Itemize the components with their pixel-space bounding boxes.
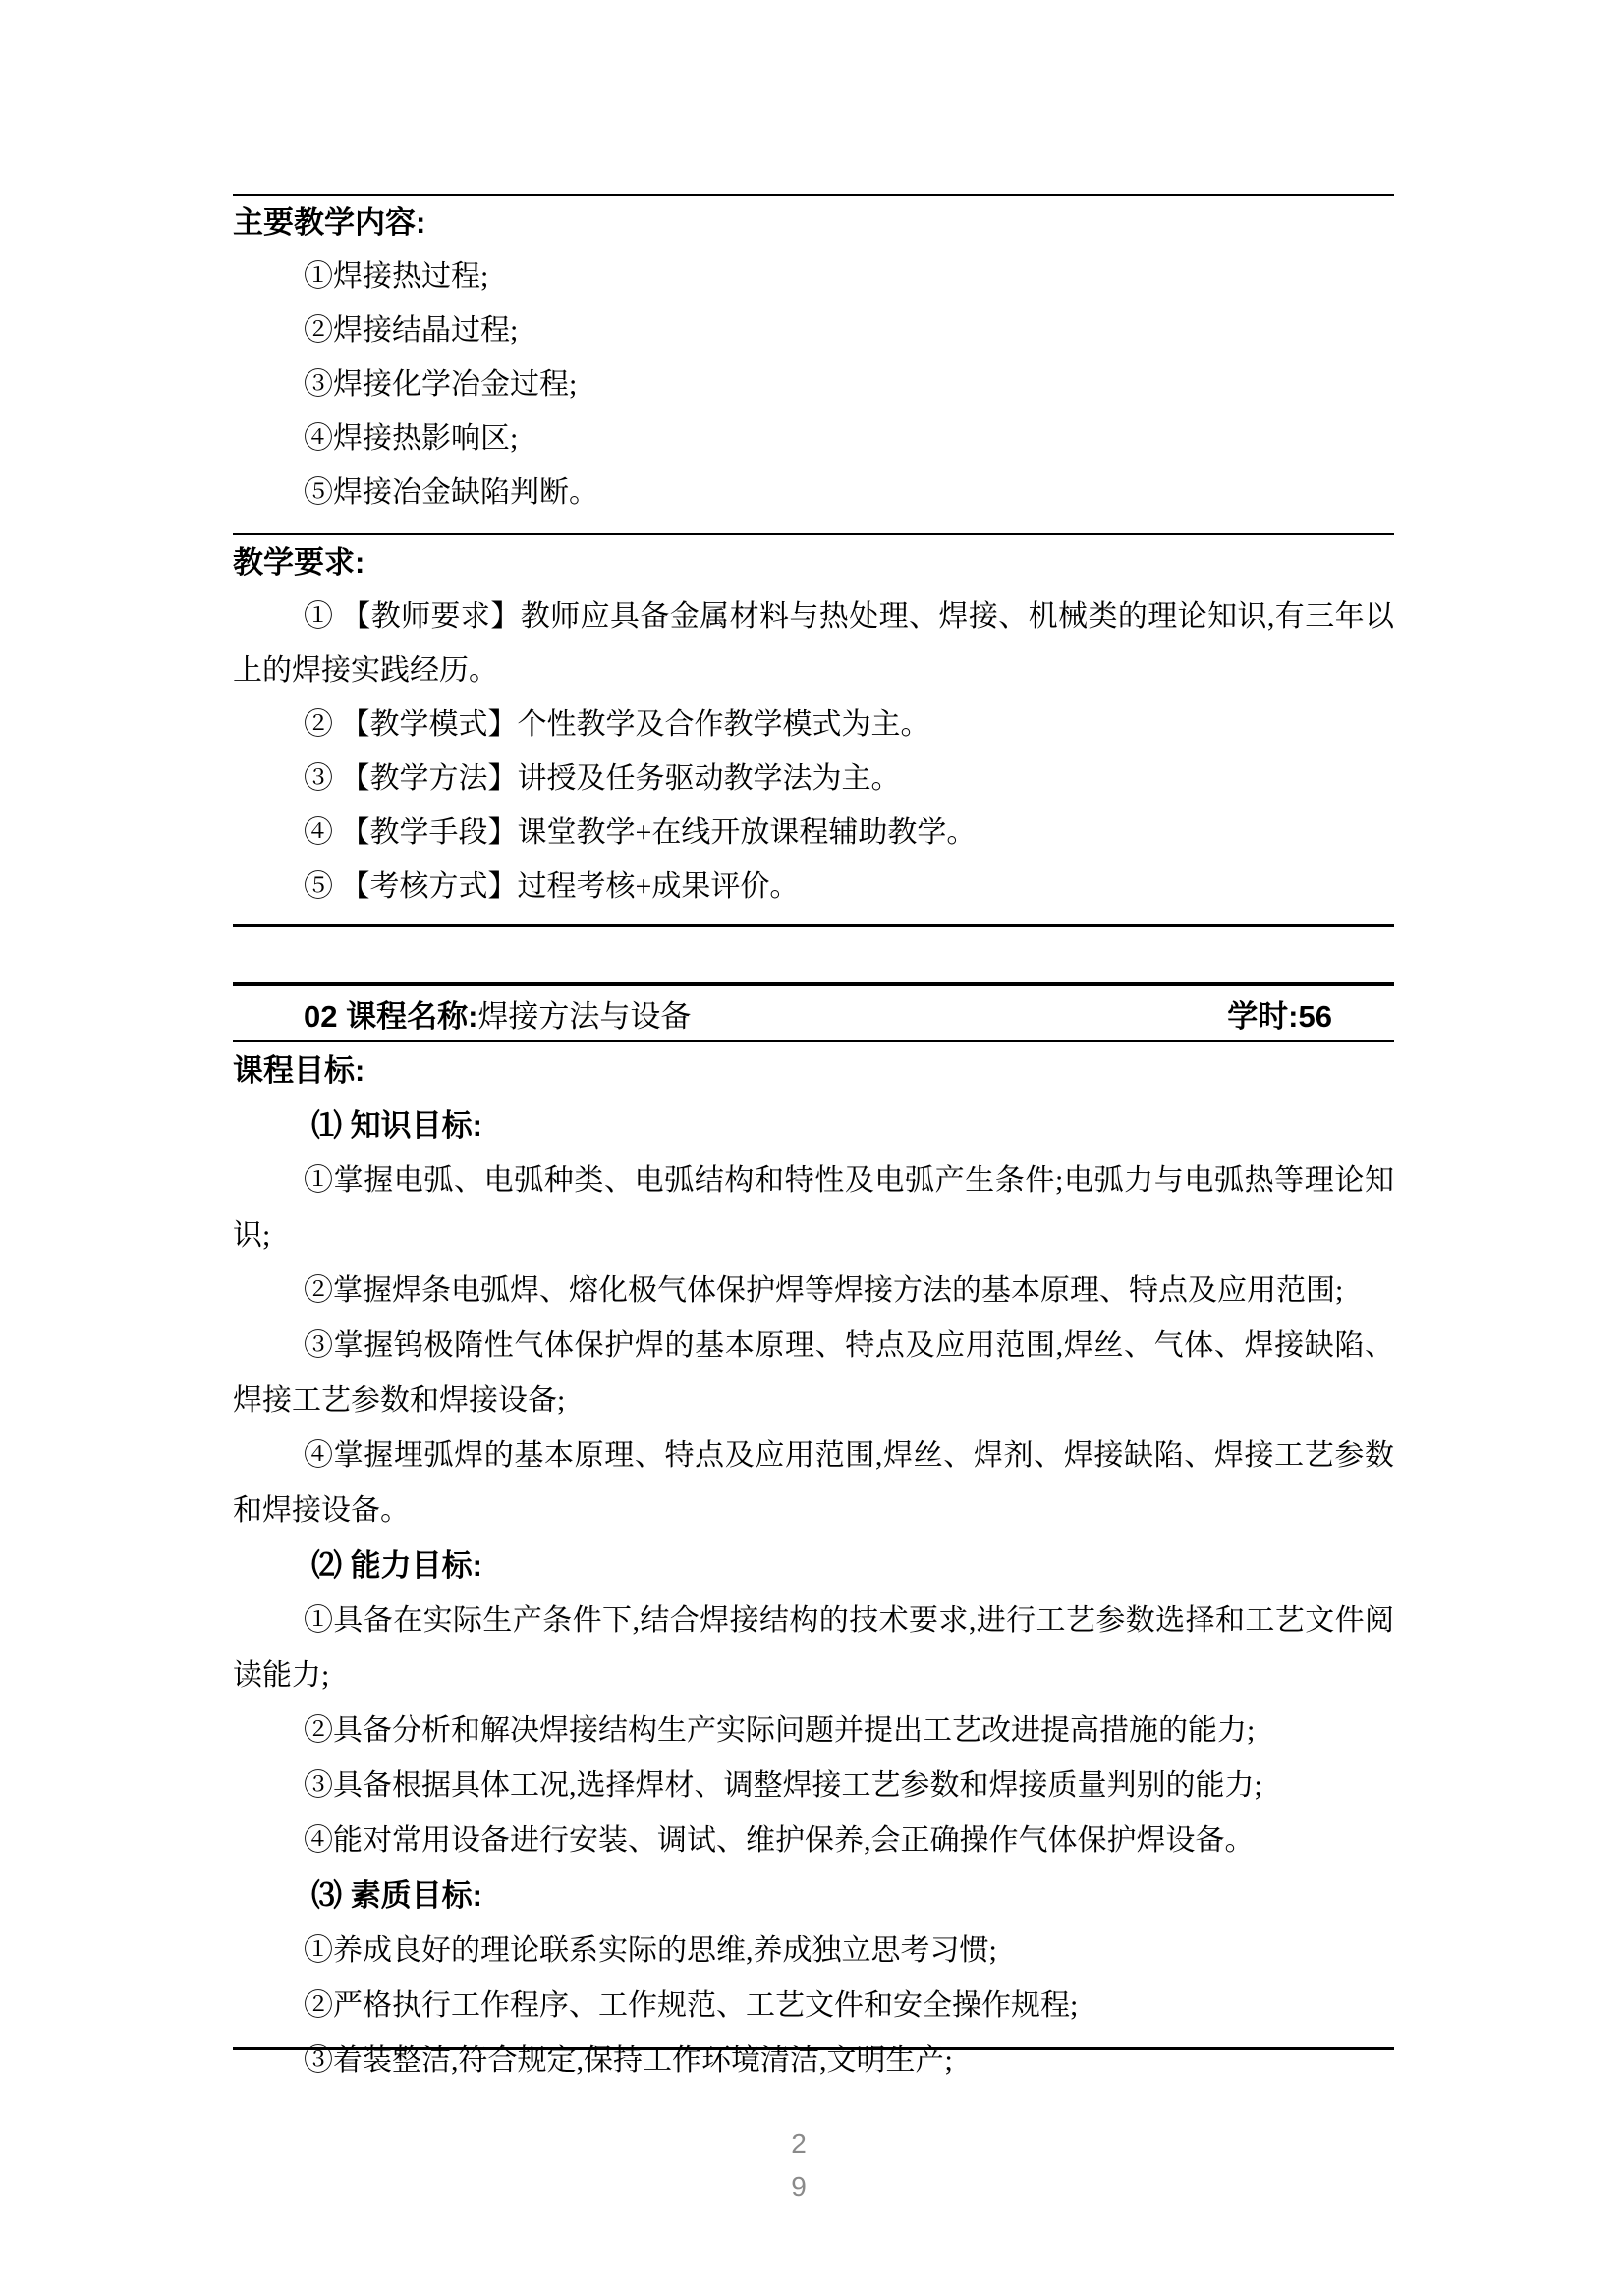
course-hours: 学时:56: [1227, 991, 1332, 1036]
course-code-label: 02 课程名称:: [304, 999, 477, 1034]
divider-course-header-bottom: [233, 1040, 1394, 1042]
ability-objectives-heading: ⑵ 能力目标:: [233, 1539, 1394, 1594]
list-item: ①掌握电弧、电弧种类、电弧结构和特性及电弧产生条件;电弧力与电弧热等理论知识;: [233, 1153, 1394, 1263]
list-item: ②严格执行工作程序、工作规范、工艺文件和安全操作规程;: [233, 1979, 1394, 2034]
teaching-requirements-title: 教学要求:: [233, 535, 1394, 589]
list-item: ③ 【教学方法】讲授及任务驱动教学法为主。: [233, 752, 1394, 806]
divider-bottom: [233, 2047, 1394, 2050]
list-item: ②掌握焊条电弧焊、熔化极气体保护焊等焊接方法的基本原理、特点及应用范围;: [233, 1263, 1394, 1318]
list-item: ④ 【教学手段】课堂教学+在线开放课程辅助教学。: [233, 806, 1394, 860]
list-item: ②具备分析和解决焊接结构生产实际问题并提出工艺改进提高措施的能力;: [233, 1704, 1394, 1759]
list-item: ③着装整洁,符合规定,保持工作环境清洁,文明生产;: [233, 2034, 1394, 2089]
list-item: ③具备根据具体工况,选择焊材、调整焊接工艺参数和焊接质量判别的能力;: [233, 1759, 1394, 1814]
list-item: ④能对常用设备进行安装、调试、维护保养,会正确操作气体保护焊设备。: [233, 1814, 1394, 1869]
list-item: ①具备在实际生产条件下,结合焊接结构的技术要求,进行工艺参数选择和工艺文件阅读能…: [233, 1594, 1394, 1704]
course-name: 焊接方法与设备: [477, 999, 691, 1034]
list-item: ③焊接化学冶金过程;: [233, 358, 1394, 412]
knowledge-objectives-heading: ⑴ 知识目标:: [233, 1098, 1394, 1153]
section-teaching-requirements: 教学要求: ① 【教师要求】教师应具备金属材料与热处理、焊接、机械类的理论知识,…: [233, 535, 1394, 914]
course-objectives-title: 课程目标:: [233, 1043, 1394, 1098]
list-item: ①焊接热过程;: [233, 250, 1394, 304]
page-total: 9: [0, 2165, 1597, 2209]
section-course-objectives: 课程目标: ⑴ 知识目标: ①掌握电弧、电弧种类、电弧结构和特性及电弧产生条件;…: [233, 1043, 1394, 2089]
course-title: 02 课程名称:焊接方法与设备: [304, 991, 691, 1036]
list-item: ③掌握钨极隋性气体保护焊的基本原理、特点及应用范围,焊丝、气体、焊接缺陷、焊接工…: [233, 1318, 1394, 1428]
quality-objectives-heading: ⑶ 素质目标:: [233, 1869, 1394, 1924]
divider-section-end: [233, 924, 1394, 927]
page-footer: 2 9: [0, 2122, 1597, 2209]
course-header-band: 02 课程名称:焊接方法与设备 学时:56: [233, 985, 1394, 1040]
list-item: ⑤ 【考核方式】过程考核+成果评价。: [233, 860, 1394, 914]
list-item: ④掌握埋弧焊的基本原理、特点及应用范围,焊丝、焊剂、焊接缺陷、焊接工艺参数和焊接…: [233, 1428, 1394, 1539]
list-item: ⑤焊接冶金缺陷判断。: [233, 466, 1394, 520]
list-item: ②焊接结晶过程;: [233, 304, 1394, 358]
document-page: 主要教学内容: ①焊接热过程; ②焊接结晶过程; ③焊接化学冶金过程; ④焊接热…: [0, 0, 1624, 2296]
teaching-content-title: 主要教学内容:: [233, 196, 1394, 250]
section-teaching-content: 主要教学内容: ①焊接热过程; ②焊接结晶过程; ③焊接化学冶金过程; ④焊接热…: [233, 196, 1394, 520]
list-item: ①养成良好的理论联系实际的思维,养成独立思考习惯;: [233, 1924, 1394, 1979]
list-item: ① 【教师要求】教师应具备金属材料与热处理、焊接、机械类的理论知识,有三年以上的…: [233, 589, 1394, 698]
page-number: 2: [0, 2122, 1597, 2165]
list-item: ④焊接热影响区;: [233, 412, 1394, 466]
list-item: ② 【教学模式】个性教学及合作教学模式为主。: [233, 698, 1394, 752]
